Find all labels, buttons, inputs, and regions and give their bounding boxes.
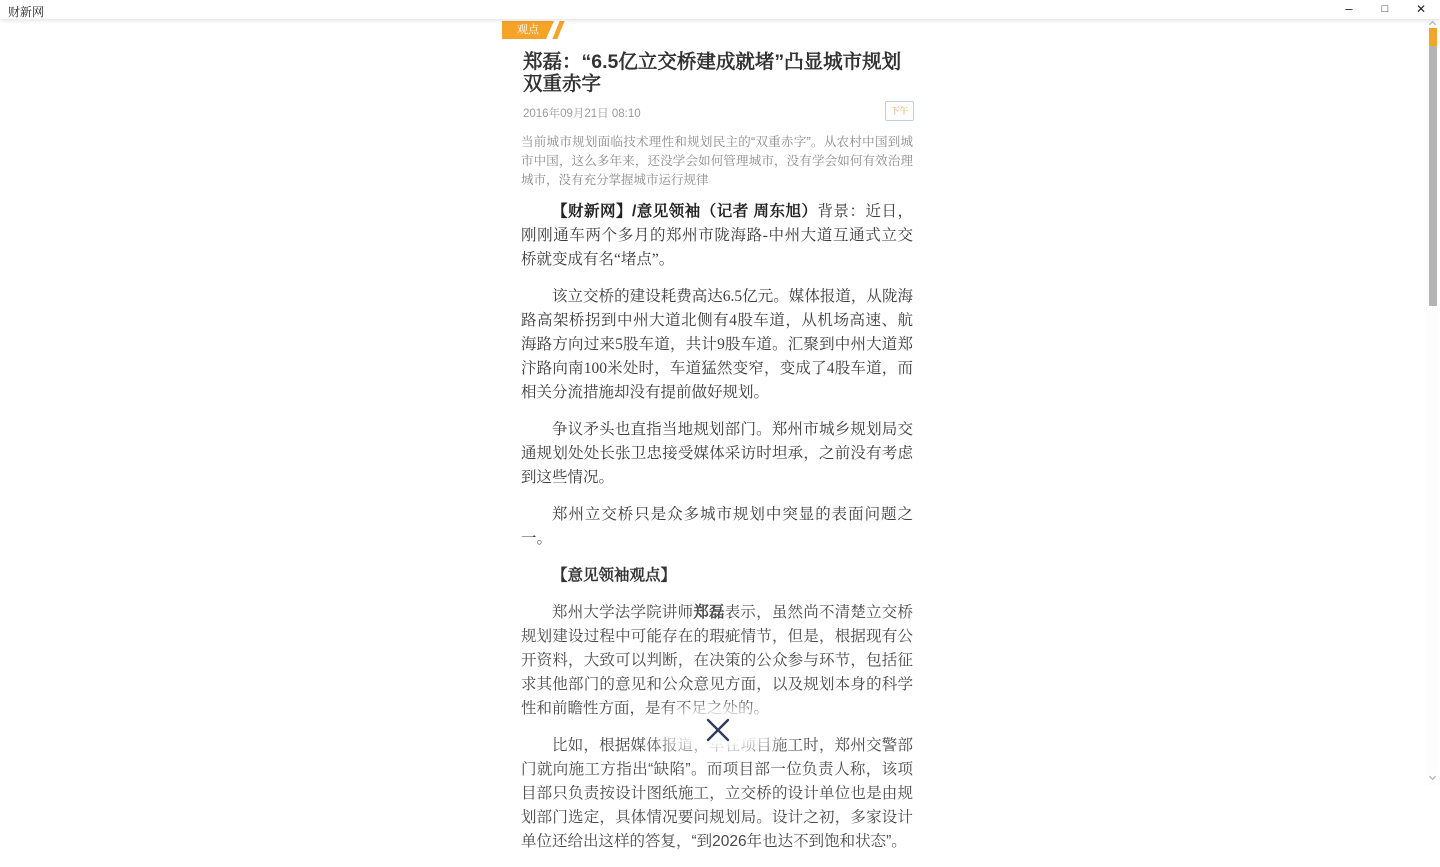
article-title: 郑磊：“6.5亿立交桥建成就堵”凸显城市规划双重赤字 xyxy=(523,52,915,95)
paragraph-text: 郑州大学法学院讲师 xyxy=(552,604,693,621)
overlay-close-icon[interactable] xyxy=(704,716,732,744)
paragraph: 争议矛头也直指当地规划部门。郑州市城乡规划局交通规划处处长张卫忠接受媒体采访时坦… xyxy=(521,418,913,490)
paragraph: 该立交桥的建设耗费高达6.5亿元。媒体报道，从陇海路高架桥拐到中州大道北侧有4股… xyxy=(521,285,913,405)
scrollbar-thumb[interactable] xyxy=(1429,46,1437,306)
article-summary: 当前城市规划面临技术理性和规划民主的“双重赤字”。从农村中国到城市中国，这么多年… xyxy=(521,133,913,190)
minimize-button[interactable]: – xyxy=(1336,0,1362,19)
paragraph: 【财新网】/意见领袖（记者 周东旭）背景：近日，刚刚通车两个多月的郑州市陇海路-… xyxy=(521,200,913,272)
author-name: 郑磊 xyxy=(693,604,724,621)
app-title: 财新网 xyxy=(8,3,44,20)
article-body: 【财新网】/意见领袖（记者 周东旭）背景：近日，刚刚通车两个多月的郑州市陇海路-… xyxy=(521,200,913,786)
category-badge-slash xyxy=(552,21,564,39)
corner-badge[interactable]: 下午 xyxy=(885,101,914,121)
scrollbar-orange-marker xyxy=(1429,28,1437,46)
category-badge: 观点 xyxy=(502,21,554,39)
caixin-lead: 【财新网】/意见领袖（记者 周东旭） xyxy=(552,203,818,220)
paragraph: 郑州大学法学院讲师郑磊表示，虽然尚不清楚立交桥规划建设过程中可能存在的瑕疵情节，… xyxy=(521,601,913,721)
section-heading: 【意见领袖观点】 xyxy=(521,564,913,588)
article-panel: 观点 郑磊：“6.5亿立交桥建成就堵”凸显城市规划双重赤字 2016年09月21… xyxy=(500,19,940,786)
window-titlebar: 财新网 – □ ✕ xyxy=(0,0,1440,19)
maximize-button[interactable]: □ xyxy=(1372,0,1398,19)
publish-date: 2016年09月21日 08:10 xyxy=(523,105,641,121)
close-button[interactable]: ✕ xyxy=(1408,0,1434,19)
paragraph: 郑州立交桥只是众多城市规划中突显的表面问题之一。 xyxy=(521,503,913,551)
